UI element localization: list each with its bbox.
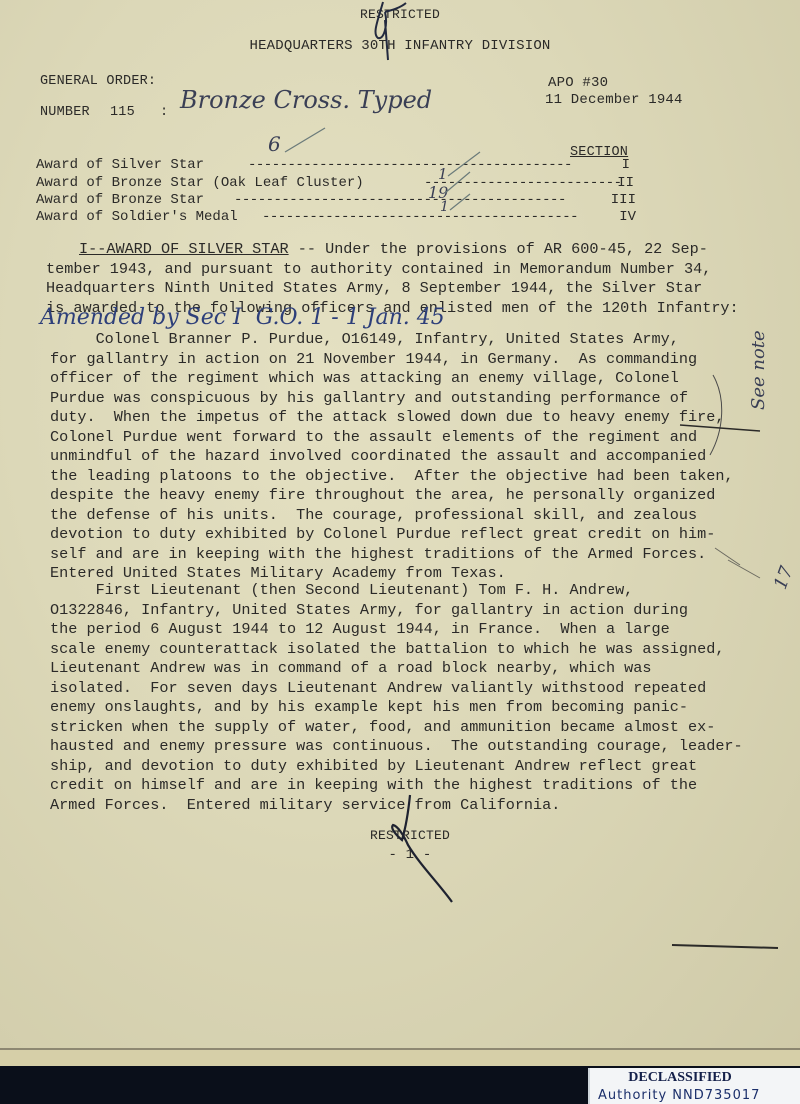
number-value: 115 bbox=[110, 103, 135, 122]
tally-silver-star: 6 bbox=[268, 132, 281, 156]
citation-line: O1322846, Infantry, United States Army, … bbox=[50, 601, 700, 621]
page-number: - 1 - bbox=[0, 846, 800, 865]
section-one-heading: I--AWARD OF SILVER STAR bbox=[79, 240, 289, 258]
citation-line: Lieutenant Andrew was in command of a ro… bbox=[50, 659, 700, 679]
citation-line: Colonel Branner P. Purdue, O16149, Infan… bbox=[50, 330, 700, 350]
toc-label: Award of Bronze Star bbox=[36, 192, 204, 208]
classification-top: RESTRICTED bbox=[0, 5, 800, 24]
citation-line: scale enemy counterattack isolated the b… bbox=[50, 640, 700, 660]
citation-line: officer of the regiment which was attack… bbox=[50, 369, 700, 389]
citation-line: unmindful of the hazard involved coordin… bbox=[50, 447, 700, 467]
general-order-label: GENERAL ORDER: bbox=[40, 72, 156, 91]
headquarters-heading: HEADQUARTERS 30TH INFANTRY DIVISION bbox=[0, 37, 800, 56]
declassified-title: DECLASSIFIED bbox=[590, 1070, 770, 1086]
toc-leader: ---------------------------------------- bbox=[262, 209, 578, 225]
citation-line: the defense of his units. The courage, p… bbox=[50, 506, 700, 526]
toc-leader: ------------------------- bbox=[424, 175, 622, 191]
classification-bottom: RESTRICTED bbox=[0, 826, 800, 845]
citation-line: hausted and enemy pressure was continuou… bbox=[50, 737, 700, 757]
toc-row: Award of Silver Star -------------------… bbox=[36, 157, 636, 176]
citation-line: duty. When the impetus of the attack slo… bbox=[50, 408, 700, 428]
handwritten-note-top: Bronze Cross. Typed bbox=[180, 86, 432, 114]
citation-line: Colonel Purdue went forward to the assau… bbox=[50, 428, 700, 448]
citation-purdue: Colonel Branner P. Purdue, O16149, Infan… bbox=[50, 330, 700, 584]
citation-line: the period 6 August 1944 to 12 August 19… bbox=[50, 620, 700, 640]
number-colon: : bbox=[160, 103, 168, 122]
page-bottom-strip bbox=[0, 1050, 800, 1066]
order-date: 11 December 1944 bbox=[545, 91, 683, 110]
toc-label: Award of Bronze Star (Oak Leaf Cluster) bbox=[36, 175, 364, 191]
toc-leader: ----------------------------------------… bbox=[248, 157, 572, 173]
declassified-stamp: DECLASSIFIED Authority NND735017 bbox=[588, 1068, 800, 1104]
citation-line: ship, and devotion to duty exhibited by … bbox=[50, 757, 700, 777]
citation-line: isolated. For seven days Lieutenant Andr… bbox=[50, 679, 700, 699]
toc-section: II bbox=[617, 175, 634, 191]
citation-line: credit on himself and are in keeping wit… bbox=[50, 776, 700, 796]
toc-section: I bbox=[622, 157, 630, 173]
citation-line: Armed Forces. Entered military service f… bbox=[50, 796, 700, 816]
toc-label: Award of Soldier's Medal bbox=[36, 209, 238, 225]
margin-note-number: 17 bbox=[770, 563, 798, 592]
citation-line: for gallantry in action on 21 November 1… bbox=[50, 350, 700, 370]
document-page: RESTRICTED HEADQUARTERS 30TH INFANTRY DI… bbox=[0, 0, 800, 1066]
number-label: NUMBER bbox=[40, 103, 90, 122]
citation-andrew: First Lieutenant (then Second Lieutenant… bbox=[50, 581, 700, 815]
intro-line: -- Under the provisions of AR 600-45, 22… bbox=[289, 240, 708, 258]
citation-line: enemy onslaughts, and by his example kep… bbox=[50, 698, 700, 718]
citation-line: First Lieutenant (then Second Lieutenant… bbox=[50, 581, 700, 601]
toc-section: IV bbox=[619, 209, 636, 225]
amendment-note: Amended by Sec I G.O. 1 - 1 Jan. 45 bbox=[40, 305, 445, 330]
toc-section: III bbox=[611, 192, 636, 208]
citation-line: stricken when the supply of water, food,… bbox=[50, 718, 700, 738]
toc-leader: ----------------------------------------… bbox=[234, 192, 566, 208]
citation-line: devotion to duty exhibited by Colonel Pu… bbox=[50, 525, 700, 545]
intro-line: tember 1943, and pursuant to authority c… bbox=[46, 260, 696, 280]
intro-line: Headquarters Ninth United States Army, 8… bbox=[46, 279, 696, 299]
declassified-authority: Authority NND735017 bbox=[598, 1088, 760, 1103]
tally-soldiers-medal: 1 bbox=[440, 199, 449, 215]
citation-line: despite the heavy enemy fire throughout … bbox=[50, 486, 700, 506]
toc-label: Award of Silver Star bbox=[36, 157, 204, 173]
citation-line: the leading platoons to the objective. A… bbox=[50, 467, 700, 487]
citation-line: Purdue was conspicuous by his gallantry … bbox=[50, 389, 700, 409]
section-one-roman bbox=[46, 240, 79, 258]
margin-note: See note bbox=[748, 330, 769, 410]
toc-row: Award of Soldier's Medal ---------------… bbox=[36, 209, 636, 228]
citation-line: self and are in keeping with the highest… bbox=[50, 545, 700, 565]
tally-oak-leaf: 1 bbox=[438, 165, 448, 183]
